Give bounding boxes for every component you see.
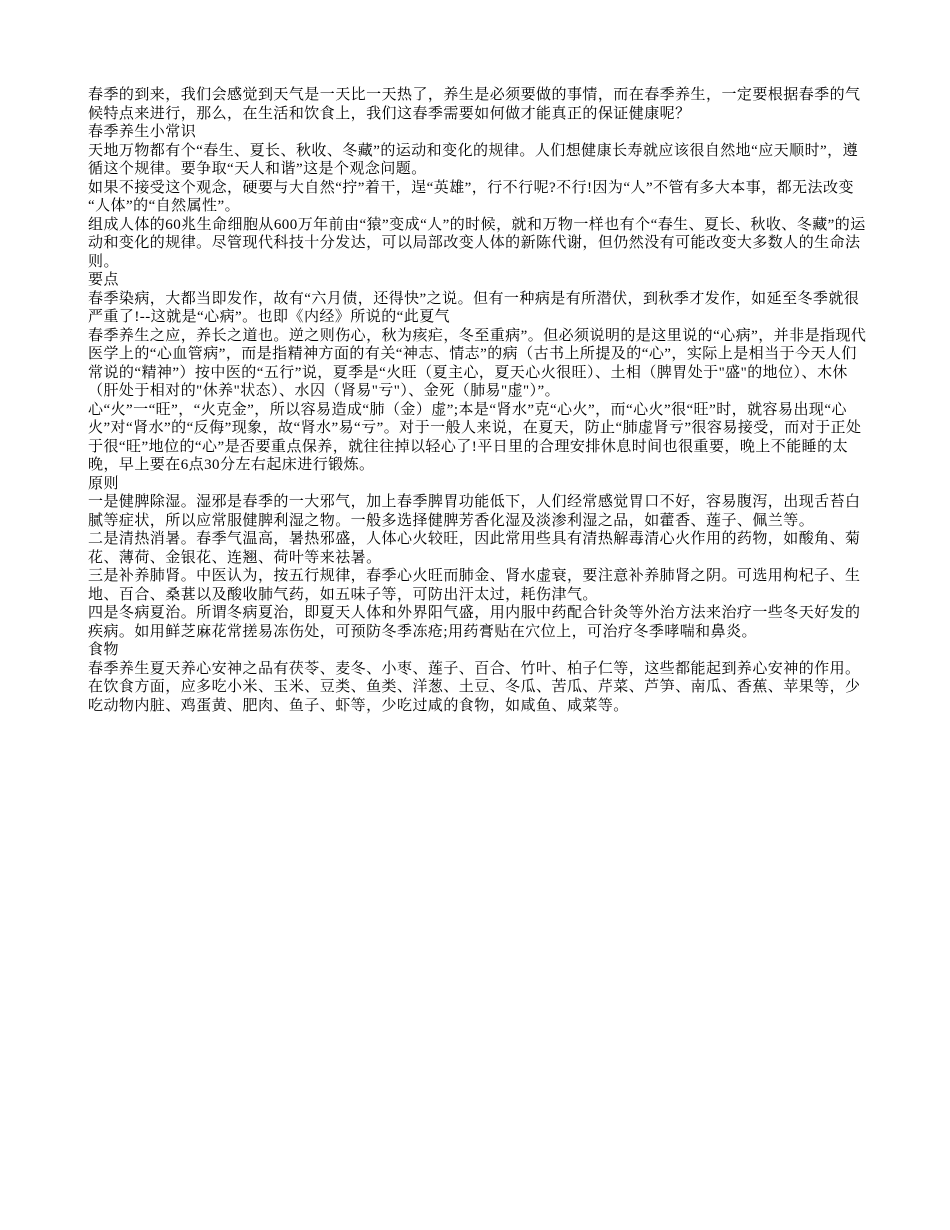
article-paragraph: 二是清热消暑。春季气温高，暑热邪盛，人体心火较旺，因此常用些具有清热解毒清心火作… (88, 530, 868, 567)
section-heading-common-knowledge: 春季养生小常识 (88, 123, 868, 142)
article-paragraph: 天地万物都有个“春生、夏长、秋收、冬藏”的运动和变化的规律。人们想健康长寿就应该… (88, 142, 868, 179)
article-paragraph: 春季养生之应，养长之道也。逆之则伤心，秋为痎疟，冬至重病”。但必须说明的是这里说… (88, 327, 868, 401)
intro-paragraph: 春季的到来，我们会感觉到天气是一天比一天热了，养生是必须要做的事情，而在春季养生… (88, 86, 868, 123)
article-paragraph: 春季养生夏天养心安神之品有茯苓、麦冬、小枣、莲子、百合、竹叶、柏子仁等，这些都能… (88, 660, 868, 679)
section-heading-principles: 原则 (88, 475, 868, 494)
section-heading-foods: 食物 (88, 641, 868, 660)
article-paragraph: 在饮食方面，应多吃小米、玉米、豆类、鱼类、洋葱、土豆、冬瓜、苦瓜、芹菜、芦笋、南… (88, 678, 868, 715)
article-paragraph: 春季染病，大都当即发作，故有“六月债，还得快”之说。但有一种病是有所潜伏，到秋季… (88, 290, 868, 327)
document-page: 春季的到来，我们会感觉到天气是一天比一天热了，养生是必须要做的事情，而在春季养生… (0, 0, 950, 1230)
article-paragraph: 心“火”一“旺”，“火克金”，所以容易造成“肺（金）虚”;本是“肾水”克“心火”… (88, 401, 868, 475)
article-paragraph: 组成人体的60兆生命细胞从600万年前由“猿”变成“人”的时候，就和万物一样也有… (88, 216, 868, 272)
article-paragraph: 如果不接受这个观念，硬要与大自然“拧”着干，逞“英雄”，行不行呢?不行!因为“人… (88, 179, 868, 216)
article-paragraph: 一是健脾除湿。湿邪是春季的一大邪气，加上春季脾胃功能低下，人们经常感觉胃口不好，… (88, 493, 868, 530)
article-paragraph: 四是冬病夏治。所谓冬病夏治，即夏天人体和外界阳气盛，用内服中药配合针灸等外治方法… (88, 604, 868, 641)
article-paragraph: 三是补养肺肾。中医认为，按五行规律，春季心火旺而肺金、肾水虚衰，要注意补养肺肾之… (88, 567, 868, 604)
section-heading-key-points: 要点 (88, 271, 868, 290)
article-body: 春季的到来，我们会感觉到天气是一天比一天热了，养生是必须要做的事情，而在春季养生… (88, 86, 868, 715)
